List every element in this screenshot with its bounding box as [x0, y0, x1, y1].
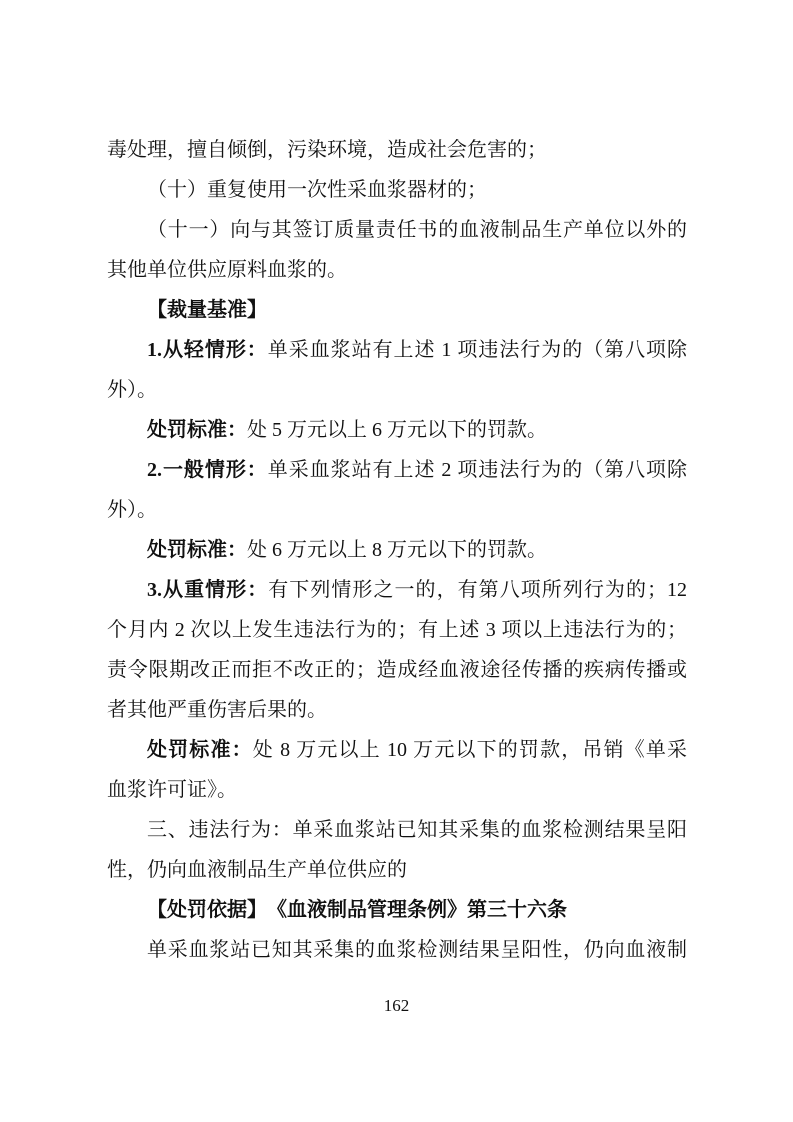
- text-line: 处罚标准：处 6 万元以上 8 万元以下的罚款。: [107, 530, 687, 570]
- body-text: 处 6 万元以上 8 万元以下的罚款。: [247, 539, 547, 561]
- text-line: 单采血浆站已知其采集的血浆检测结果呈阳性，仍向血液制: [107, 930, 687, 970]
- text-line: 外）。: [107, 490, 687, 530]
- body-text: 三、违法行为：单采血浆站已知其采集的血浆检测结果呈阳: [147, 819, 687, 841]
- bold-text: 3.从重情形：: [147, 579, 268, 601]
- text-line: 其他单位供应原料血浆的。: [107, 250, 687, 290]
- text-line: 处罚标准：处 5 万元以上 6 万元以下的罚款。: [107, 410, 687, 450]
- body-text: 单采血浆站有上述 1 项违法行为的（第八项除: [268, 339, 687, 361]
- body-text: 毒处理，擅自倾倒，污染环境，造成社会危害的；: [107, 139, 547, 161]
- text-line: （十一）向与其签订质量责任书的血液制品生产单位以外的: [107, 210, 687, 250]
- page-number: 162: [0, 994, 793, 1018]
- document-page: 毒处理，擅自倾倒，污染环境，造成社会危害的；（十）重复使用一次性采血浆器材的；（…: [0, 0, 793, 1122]
- text-line: 三、违法行为：单采血浆站已知其采集的血浆检测结果呈阳: [107, 810, 687, 850]
- text-line: 【裁量基准】: [107, 290, 687, 330]
- text-line: 个月内 2 次以上发生违法行为的；有上述 3 项以上违法行为的；: [107, 610, 687, 650]
- body-text: 其他单位供应原料血浆的。: [107, 259, 347, 281]
- text-line: 【处罚依据】 《血液制品管理条例》第三十六条: [107, 890, 687, 930]
- body-text: 有下列情形之一的，有第八项所列行为的；12: [268, 579, 687, 601]
- text-line: （十）重复使用一次性采血浆器材的；: [107, 170, 687, 210]
- document-content: 毒处理，擅自倾倒，污染环境，造成社会危害的；（十）重复使用一次性采血浆器材的；（…: [107, 130, 687, 970]
- text-line: 外）。: [107, 370, 687, 410]
- body-text: 个月内 2 次以上发生违法行为的；有上述 3 项以上违法行为的；: [107, 619, 687, 641]
- text-line: 3.从重情形：有下列情形之一的，有第八项所列行为的；12: [107, 570, 687, 610]
- bold-text: 处罚标准：: [147, 539, 247, 561]
- body-text: 单采血浆站有上述 2 项违法行为的（第八项除: [268, 459, 687, 481]
- body-text: 处 8 万元以上 10 万元以下的罚款，吊销《单采: [253, 739, 687, 761]
- body-text: （十）重复使用一次性采血浆器材的；: [147, 179, 487, 201]
- body-text: （十一）向与其签订质量责任书的血液制品生产单位以外的: [147, 219, 687, 241]
- text-line: 性，仍向血液制品生产单位供应的: [107, 850, 687, 890]
- bold-text: 处罚标准：: [147, 419, 247, 441]
- text-line: 2.一般情形：单采血浆站有上述 2 项违法行为的（第八项除: [107, 450, 687, 490]
- text-line: 处罚标准：处 8 万元以上 10 万元以下的罚款，吊销《单采: [107, 730, 687, 770]
- body-text: 性，仍向血液制品生产单位供应的: [107, 859, 407, 881]
- body-text: 外）。: [107, 379, 157, 401]
- body-text: 血浆许可证》。: [107, 779, 237, 801]
- bold-text: 1.从轻情形：: [147, 339, 268, 361]
- body-text: 处 5 万元以上 6 万元以下的罚款。: [247, 419, 547, 441]
- bold-text: 2.一般情形：: [147, 459, 268, 481]
- body-text: 者其他严重伤害后果的。: [107, 699, 327, 721]
- text-line: 血浆许可证》。: [107, 770, 687, 810]
- body-text: 单采血浆站已知其采集的血浆检测结果呈阳性，仍向血液制: [147, 939, 687, 961]
- text-line: 1.从轻情形：单采血浆站有上述 1 项违法行为的（第八项除: [107, 330, 687, 370]
- bold-text: 【裁量基准】: [147, 299, 267, 321]
- bold-text: 处罚标准：: [147, 739, 253, 761]
- bold-text: 【处罚依据】 《血液制品管理条例》第三十六条: [147, 899, 567, 921]
- text-line: 毒处理，擅自倾倒，污染环境，造成社会危害的；: [107, 130, 687, 170]
- body-text: 责令限期改正而拒不改正的；造成经血液途径传播的疾病传播或: [107, 659, 687, 681]
- text-line: 责令限期改正而拒不改正的；造成经血液途径传播的疾病传播或: [107, 650, 687, 690]
- text-line: 者其他严重伤害后果的。: [107, 690, 687, 730]
- body-text: 外）。: [107, 499, 157, 521]
